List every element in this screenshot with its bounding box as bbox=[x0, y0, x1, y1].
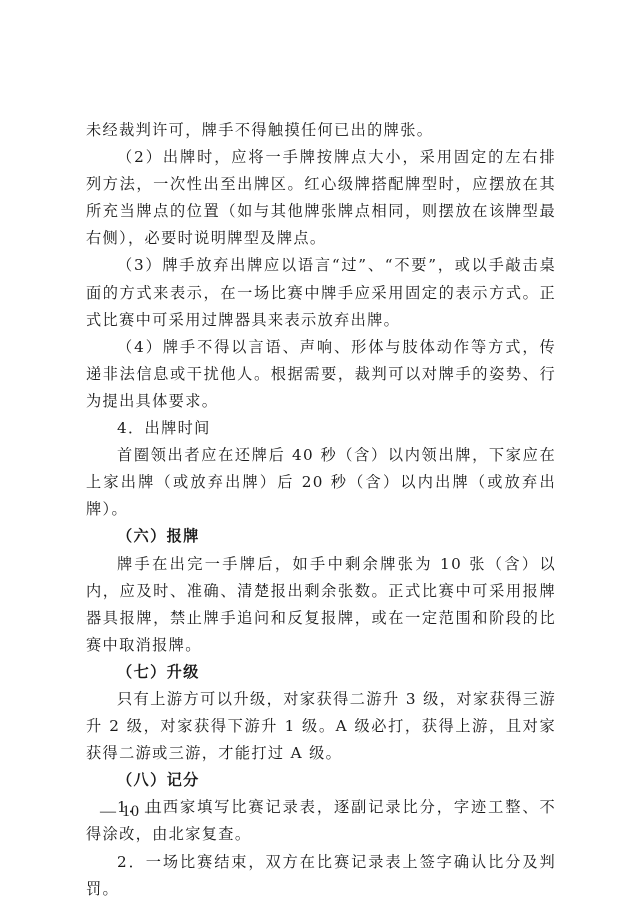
paragraph-rule-2: （2）出牌时，应将一手牌按牌点大小，采用固定的左右排列方法，一次性出至出牌区。红… bbox=[86, 144, 556, 252]
section-heading-scoring: （八）记分 bbox=[86, 767, 556, 794]
paragraph-rule-4: （4）牌手不得以言语、声响、形体与肢体动作等方式，传递非法信息或干扰他人。根据需… bbox=[86, 334, 556, 415]
paragraph-rule-3: （3）牌手放弃出牌应以语言“过”、“不要”，或以手敲击桌面的方式来表示，在一场比… bbox=[86, 252, 556, 333]
document-body: 未经裁判许可，牌手不得触摸任何已出的牌张。 （2）出牌时，应将一手牌按牌点大小，… bbox=[86, 117, 556, 900]
subheading-play-time: 4．出牌时间 bbox=[86, 415, 556, 442]
paragraph-level-up: 只有上游方可以升级，对家获得二游升 3 级，对家获得三游升 2 级，对家获得下游… bbox=[86, 686, 556, 767]
paragraph-scoring-2: 2．一场比赛结束，双方在比赛记录表上签字确认比分及判罚。 bbox=[86, 849, 556, 900]
paragraph-play-time: 首圈领出者应在还牌后 40 秒（含）以内领出牌，下家应在上家出牌（或放弃出牌）后… bbox=[86, 442, 556, 523]
section-heading-report-cards: （六）报牌 bbox=[86, 523, 556, 550]
page-number: — 10 — bbox=[100, 803, 162, 821]
paragraph-continuation: 未经裁判许可，牌手不得触摸任何已出的牌张。 bbox=[86, 117, 556, 144]
paragraph-report-cards: 牌手在出完一手牌后，如手中剩余牌张为 10 张（含）以内，应及时、准确、清楚报出… bbox=[86, 551, 556, 659]
section-heading-level-up: （七）升级 bbox=[86, 659, 556, 686]
